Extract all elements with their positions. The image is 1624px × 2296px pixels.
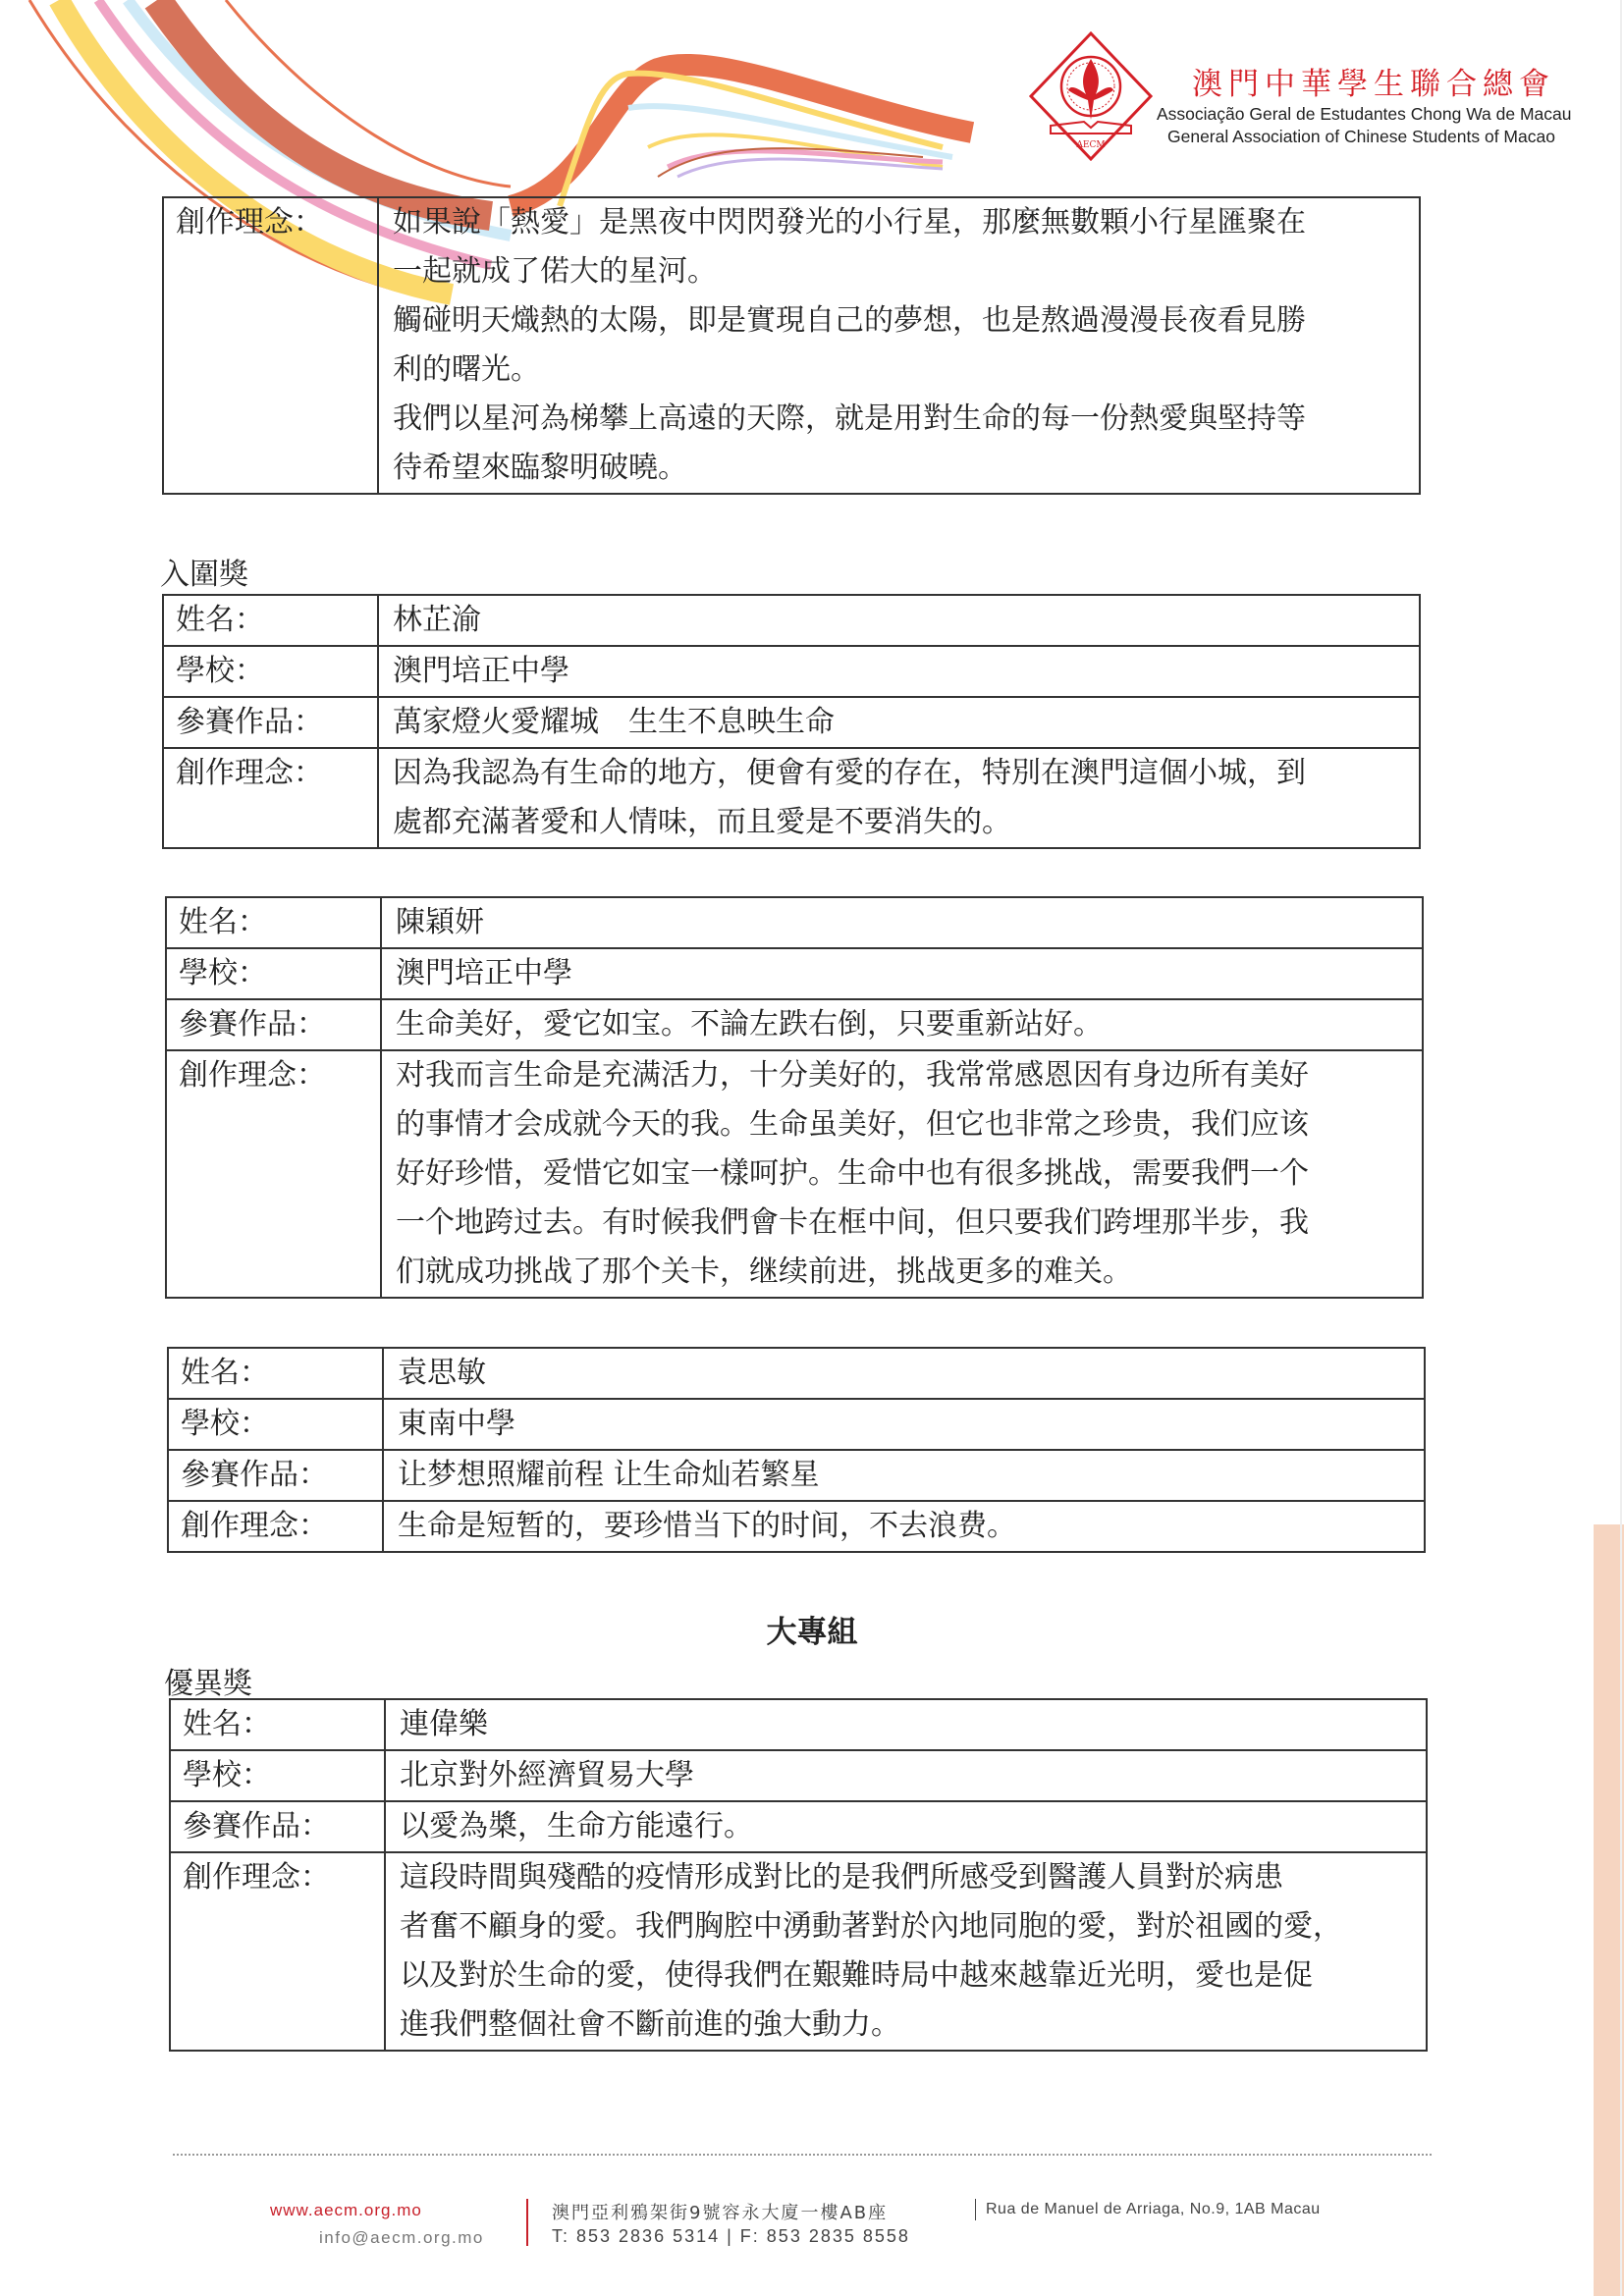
concept-value: 因為我認為有生命的地方，便會有愛的存在，特別在澳門這個小城，到 處都充滿著愛和人… [378,748,1420,848]
table-row-school: 學校： 北京對外經濟貿易大學 [170,1750,1427,1801]
table-row-school: 學校： 澳門培正中學 [166,948,1423,999]
letterhead: AECM 澳門中華學生聯合總會 Associação Geral de Estu… [1025,29,1614,157]
entry-table: 姓名： 林芷渝 學校： 澳門培正中學 參賽作品： 萬家燈火愛耀城 生生不息映生命… [162,594,1421,849]
page-edge [1620,0,1622,2296]
school-value: 北京對外經濟貿易大學 [385,1750,1427,1801]
address-separator [975,2199,976,2220]
name-label: 姓名： [166,897,381,948]
concept-value: 对我而言生命是充满活力，十分美好的，我常常感恩因有身边所有美好 的事情才会成就今… [381,1050,1423,1298]
school-label: 學校： [170,1750,385,1801]
concept-value: 如果說「熱愛」是黑夜中閃閃發光的小行星，那麼無數顆小行星匯聚在 一起就成了偌大的… [378,197,1420,494]
concept-label: 創作理念： [166,1050,381,1298]
work-value: 萬家燈火愛耀城 生生不息映生命 [378,697,1420,748]
work-label: 參賽作品： [163,697,378,748]
school-label: 學校： [166,948,381,999]
entry-table: 姓名： 陳穎妍 學校： 澳門培正中學 參賽作品： 生命美好，愛它如宝。不論左跌右… [165,896,1424,1299]
name-label: 姓名： [163,595,378,646]
entry-table: 姓名： 袁思敏 學校： 東南中學 參賽作品： 让梦想照耀前程 让生命灿若繁星 創… [167,1347,1426,1553]
concept-label: 創作理念： [163,197,378,494]
footer-divider [173,2154,1432,2156]
entry-table: 姓名： 連偉樂 學校： 北京對外經濟貿易大學 參賽作品： 以愛為槳，生命方能遠行… [169,1698,1428,2052]
org-name-chinese: 澳門中華學生聯合總會 [1192,59,1555,103]
table-row-concept: 創作理念： 這段時間與殘酷的疫情形成對比的是我們所感受到醫護人員對於病患 者奮不… [170,1852,1427,2051]
work-label: 參賽作品： [170,1801,385,1852]
table-row-work: 參賽作品： 生命美好，愛它如宝。不論左跌右倒，只要重新站好。 [166,999,1423,1050]
table-row-concept: 創作理念： 对我而言生命是充满活力，十分美好的，我常常感恩因有身边所有美好 的事… [166,1050,1423,1298]
footer-separator [526,2199,528,2246]
work-value: 生命美好，愛它如宝。不論左跌右倒，只要重新站好。 [381,999,1423,1050]
school-value: 澳門培正中學 [378,646,1420,697]
table-row-name: 姓名： 連偉樂 [170,1699,1427,1750]
table-row-work: 參賽作品： 萬家燈火愛耀城 生生不息映生命 [163,697,1420,748]
table-row-work: 參賽作品： 让梦想照耀前程 让生命灿若繁星 [168,1450,1425,1501]
table-row-name: 姓名： 袁思敏 [168,1348,1425,1399]
table-row-school: 學校： 東南中學 [168,1399,1425,1450]
concept-value: 生命是短暂的，要珍惜当下的时间，不去浪费。 [383,1501,1425,1552]
work-value: 以愛為槳，生命方能遠行。 [385,1801,1427,1852]
section-title-finalist: 入圍獎 [160,550,248,593]
work-label: 參賽作品： [168,1450,383,1501]
school-label: 學校： [163,646,378,697]
table-row-name: 姓名： 陳穎妍 [166,897,1423,948]
table-row-school: 學校： 澳門培正中學 [163,646,1420,697]
table-row-work: 參賽作品： 以愛為槳，生命方能遠行。 [170,1801,1427,1852]
concept-label: 創作理念： [168,1501,383,1552]
name-value: 袁思敏 [383,1348,1425,1399]
name-value: 連偉樂 [385,1699,1427,1750]
entry-table-continued: 創作理念： 如果說「熱愛」是黑夜中閃閃發光的小行星，那麼無數顆小行星匯聚在 一起… [162,196,1421,495]
table-row-concept: 創作理念： 如果說「熱愛」是黑夜中閃閃發光的小行星，那麼無數顆小行星匯聚在 一起… [163,197,1420,494]
name-label: 姓名： [170,1699,385,1750]
name-value: 林芷渝 [378,595,1420,646]
concept-label: 創作理念： [170,1852,385,2051]
concept-label: 創作理念： [163,748,378,848]
concept-value: 這段時間與殘酷的疫情形成對比的是我們所感受到醫護人員對於病患 者奮不顧身的愛。我… [385,1852,1427,2051]
website-link[interactable]: www.aecm.org.mo [270,2201,422,2220]
group-title-university: 大專組 [0,1607,1624,1651]
phone-fax: T: 853 2836 5314 | F: 853 2835 8558 [552,2226,910,2247]
school-value: 東南中學 [383,1399,1425,1450]
address-portuguese: Rua de Manuel de Arriaga, No.9, 1AB Maca… [986,2201,1321,2218]
address-chinese: 澳門亞利鴉架街9號容永大廈一樓AB座 [552,2199,888,2224]
name-label: 姓名： [168,1348,383,1399]
section-title-merit: 優異獎 [164,1659,252,1702]
school-value: 澳門培正中學 [381,948,1423,999]
email-link[interactable]: info@aecm.org.mo [319,2228,484,2248]
table-row-concept: 創作理念： 生命是短暂的，要珍惜当下的时间，不去浪费。 [168,1501,1425,1552]
work-value: 让梦想照耀前程 让生命灿若繁星 [383,1450,1425,1501]
org-name-portuguese: Associação Geral de Estudantes Chong Wa … [1157,104,1572,125]
aecm-logo-icon: AECM [1025,29,1157,161]
school-label: 學校： [168,1399,383,1450]
table-row-name: 姓名： 林芷渝 [163,595,1420,646]
svg-text:AECM: AECM [1075,140,1105,150]
work-label: 參賽作品： [166,999,381,1050]
footer: www.aecm.org.mo info@aecm.org.mo 澳門亞利鴉架街… [0,2195,1624,2254]
table-row-concept: 創作理念： 因為我認為有生命的地方，便會有愛的存在，特別在澳門這個小城，到 處都… [163,748,1420,848]
org-name-english: General Association of Chinese Students … [1167,127,1555,147]
name-value: 陳穎妍 [381,897,1423,948]
